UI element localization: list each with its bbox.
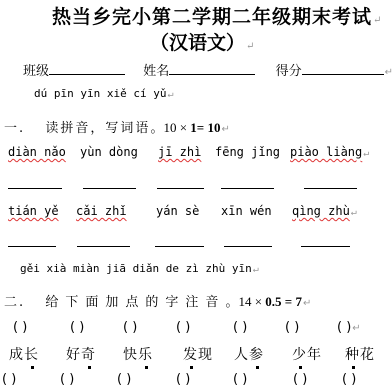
answer-paren[interactable]: ( ): [13, 320, 27, 335]
pinyin-text: xīn wén: [221, 204, 272, 218]
answer-paren[interactable]: ( ): [342, 372, 356, 387]
class-label: 班级: [23, 64, 49, 79]
dotted-char: 少: [292, 344, 307, 364]
pinyin-text: tián yě: [8, 204, 59, 218]
section2-score: 。14 × 0.5 = 7: [225, 294, 302, 309]
word-item: 成长: [9, 344, 39, 364]
answer-paren[interactable]: ( ): [176, 320, 190, 335]
pinyin-text: yán sè: [156, 204, 199, 218]
answer-blank[interactable]: [8, 246, 56, 247]
word-item: 少年: [292, 344, 322, 364]
word-char: 现: [198, 347, 213, 363]
answer-blank[interactable]: [221, 188, 274, 189]
answer-paren[interactable]: ( ): [285, 320, 299, 335]
pinyin-item: jī zhì: [158, 145, 201, 159]
answer-blank[interactable]: [77, 246, 130, 247]
word-char: 年: [307, 347, 322, 363]
pinyin-text: diàn nǎo: [8, 145, 66, 159]
answer-blank[interactable]: [304, 188, 357, 189]
section2-number: 二.: [4, 295, 25, 310]
pinyin-text: jī zhì: [158, 145, 201, 159]
paragraph-mark-icon: ↵: [303, 298, 313, 309]
dotted-char: 奇: [81, 344, 96, 364]
name-field[interactable]: [169, 62, 255, 75]
pinyin-item: tián yě: [8, 204, 59, 218]
pinyin-text: fēng jǐng: [215, 145, 280, 159]
answer-paren[interactable]: ( )↵: [337, 320, 361, 335]
answer-blank[interactable]: [157, 188, 204, 189]
pinyin-text: yùn dòng: [80, 145, 138, 159]
pinyin-item: piào liàng↵: [290, 145, 369, 159]
paragraph-mark-icon: ↵: [167, 89, 173, 100]
section1-heading-text: 读拼音，写词语: [45, 121, 150, 136]
answer-paren[interactable]: ( ): [176, 372, 190, 387]
answer-paren-text: ( ): [337, 320, 351, 335]
paragraph-mark-icon: ↵: [385, 67, 392, 78]
answer-blank[interactable]: [155, 246, 204, 247]
exam-subtitle-text: （汉语文）: [150, 32, 245, 54]
paragraph-mark-icon: ↵: [246, 41, 254, 52]
class-field[interactable]: [49, 62, 125, 75]
answer-blank[interactable]: [83, 188, 136, 189]
section1-score: 。10 × 1= 10: [150, 120, 220, 135]
answer-paren[interactable]: ( ): [233, 372, 247, 387]
section1-score-total: 1= 10: [190, 120, 220, 135]
paragraph-mark-icon: ↵: [363, 148, 369, 159]
section1-heading: 一. 读拼音，写词语。10 × 1= 10↵: [4, 117, 232, 136]
paragraph-mark-icon: ↵: [253, 264, 259, 275]
section2-score-total: 0.5 = 7: [265, 294, 302, 309]
word-char: 好: [66, 347, 81, 363]
pinyin-item: yán sè: [156, 204, 199, 218]
section1-number: 一.: [4, 121, 25, 136]
answer-blank[interactable]: [8, 188, 62, 189]
section1-score-prefix: 。10 ×: [150, 120, 187, 135]
word-char: 花: [360, 347, 375, 363]
paragraph-mark-icon: ↵: [373, 15, 382, 26]
answer-paren[interactable]: ( ): [60, 372, 74, 387]
info-row: 班级 姓名 得分↵: [23, 60, 392, 79]
score-label: 得分: [276, 64, 302, 79]
pinyin-item: xīn wén: [221, 204, 272, 218]
word-item: 好奇: [66, 344, 96, 364]
dotted-char: 乐: [138, 344, 153, 364]
section2-pinyin-text: gěi xià miàn jiā diǎn de zì zhù yīn: [20, 262, 252, 275]
pinyin-item: fēng jǐng: [215, 145, 280, 159]
section2-pinyin-heading: gěi xià miàn jiā diǎn de zì zhù yīn↵: [20, 262, 259, 275]
answer-paren[interactable]: ( ): [70, 320, 84, 335]
answer-blank[interactable]: [224, 246, 272, 247]
exam-title-text: 热当乡完小第二学期二年级期末考试: [52, 6, 372, 28]
answer-paren[interactable]: ( ): [233, 320, 247, 335]
answer-paren[interactable]: ( ): [2, 372, 16, 387]
word-char: 成: [9, 347, 24, 363]
dotted-char: 种: [345, 344, 360, 364]
pinyin-item: yùn dòng: [80, 145, 138, 159]
answer-paren[interactable]: ( ): [117, 372, 131, 387]
name-label: 姓名: [143, 64, 169, 79]
pinyin-text: piào liàng: [290, 145, 362, 159]
paragraph-mark-icon: ↵: [352, 323, 360, 334]
answer-blank[interactable]: [301, 246, 350, 247]
word-item: 种花: [345, 344, 375, 364]
pinyin-item: diàn nǎo: [8, 145, 66, 159]
pinyin-item: qìng zhù↵: [292, 204, 357, 218]
answer-paren[interactable]: ( ): [123, 320, 137, 335]
pinyin-text: cǎi zhǐ: [76, 204, 127, 218]
section2-score-prefix: 。14 ×: [225, 294, 262, 309]
word-item: 快乐: [123, 344, 153, 364]
exam-subtitle: （汉语文）↵: [150, 28, 254, 55]
section1-pinyin-text: dú pīn yīn xiě cí yǔ: [34, 87, 166, 100]
section1-pinyin-heading: dú pīn yīn xiě cí yǔ↵: [34, 87, 173, 100]
paragraph-mark-icon: ↵: [221, 124, 231, 135]
word-char: 人: [234, 347, 249, 363]
paragraph-mark-icon: ↵: [351, 207, 357, 218]
dotted-char: 长: [24, 344, 39, 364]
word-item: 人参: [234, 344, 264, 364]
section2-heading: 二. 给下面加点的字注音。14 × 0.5 = 7↵: [4, 291, 313, 310]
answer-paren[interactable]: ( ): [293, 372, 307, 387]
word-item: 发现: [183, 344, 213, 364]
word-char: 快: [123, 347, 138, 363]
section2-heading-text: 给下面加点的字注音: [45, 295, 225, 310]
pinyin-text: qìng zhù: [292, 204, 350, 218]
exam-title: 热当乡完小第二学期二年级期末考试↵: [52, 2, 382, 29]
dotted-char: 发: [183, 344, 198, 364]
score-field[interactable]: [302, 62, 384, 75]
dotted-char: 参: [249, 344, 264, 364]
pinyin-item: cǎi zhǐ: [76, 204, 127, 218]
